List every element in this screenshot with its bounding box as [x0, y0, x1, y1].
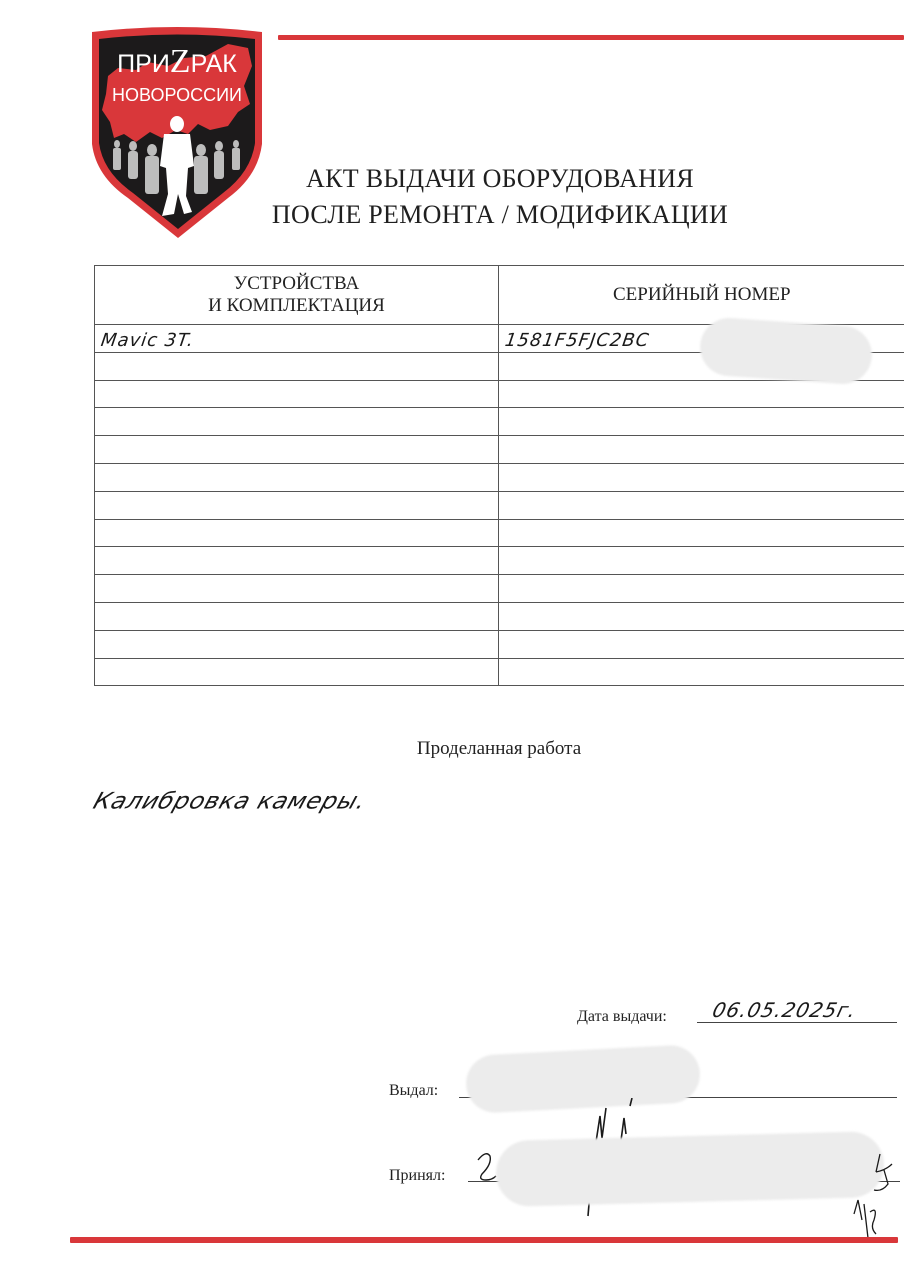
serial-value: 1581F5FJC2BC	[497, 330, 650, 352]
table-row	[95, 575, 904, 603]
issue-date-underline	[697, 1022, 897, 1023]
serial-cell	[499, 436, 904, 464]
device-cell	[95, 547, 499, 575]
serial-cell	[499, 575, 904, 603]
document-title-line-1: АКТ ВЫДАЧИ ОБОРУДОВАНИЯ	[240, 164, 760, 194]
device-cell	[95, 463, 499, 491]
device-cell	[95, 408, 499, 436]
device-cell	[95, 602, 499, 630]
received-by-redaction-blur	[495, 1131, 885, 1207]
table-row	[95, 380, 904, 408]
serial-cell	[499, 491, 904, 519]
device-cell: Mavic 3T.	[95, 325, 499, 353]
table-row	[95, 491, 904, 519]
table-row	[95, 658, 904, 686]
column-header-devices-line2: И КОМПЛЕКТАЦИЯ	[95, 295, 498, 317]
serial-cell	[499, 519, 904, 547]
issued-by-redaction-blur	[465, 1044, 702, 1114]
serial-cell	[499, 463, 904, 491]
work-done-heading: Проделанная работа	[340, 738, 658, 760]
logo-title: ПРИZРАК	[88, 50, 266, 79]
device-cell	[95, 630, 499, 658]
device-cell	[95, 658, 499, 686]
logo-subtitle: НОВОРОССИИ	[88, 85, 266, 106]
top-red-rule	[278, 35, 904, 40]
column-header-serial: СЕРИЙНЫЙ НОМЕР	[499, 266, 904, 325]
serial-cell	[499, 658, 904, 686]
issue-date-value: 06.05.2025г.	[710, 998, 859, 1022]
serial-cell	[499, 547, 904, 575]
document-title-line-2: ПОСЛЕ РЕМОНТА / МОДИФИКАЦИИ	[240, 200, 760, 230]
table-row	[95, 463, 904, 491]
column-header-devices-line1: УСТРОЙСТВА	[95, 273, 498, 295]
table-row	[95, 630, 904, 658]
serial-cell	[499, 630, 904, 658]
table-row	[95, 519, 904, 547]
received-by-label: Принял:	[389, 1167, 445, 1185]
issued-by-label: Выдал:	[389, 1082, 438, 1100]
serial-cell	[499, 408, 904, 436]
table-row	[95, 547, 904, 575]
device-cell	[95, 352, 499, 380]
column-header-serial-line1: СЕРИЙНЫЙ НОМЕР	[499, 284, 904, 306]
serial-cell	[499, 602, 904, 630]
table-row	[95, 602, 904, 630]
device-value: Mavic 3T.	[93, 330, 195, 352]
device-cell	[95, 575, 499, 603]
device-cell	[95, 491, 499, 519]
work-done-text: Калибровка камеры.	[90, 787, 370, 814]
issue-date-label: Дата выдачи:	[577, 1008, 667, 1026]
device-cell	[95, 519, 499, 547]
serial-redaction-blur	[698, 316, 874, 386]
table-header-row: УСТРОЙСТВА И КОМПЛЕКТАЦИЯ СЕРИЙНЫЙ НОМЕР	[95, 266, 904, 325]
bottom-red-rule	[70, 1237, 898, 1243]
table-row	[95, 408, 904, 436]
table-row	[95, 436, 904, 464]
serial-cell	[499, 380, 904, 408]
device-cell	[95, 380, 499, 408]
column-header-devices: УСТРОЙСТВА И КОМПЛЕКТАЦИЯ	[95, 266, 499, 325]
device-cell	[95, 436, 499, 464]
